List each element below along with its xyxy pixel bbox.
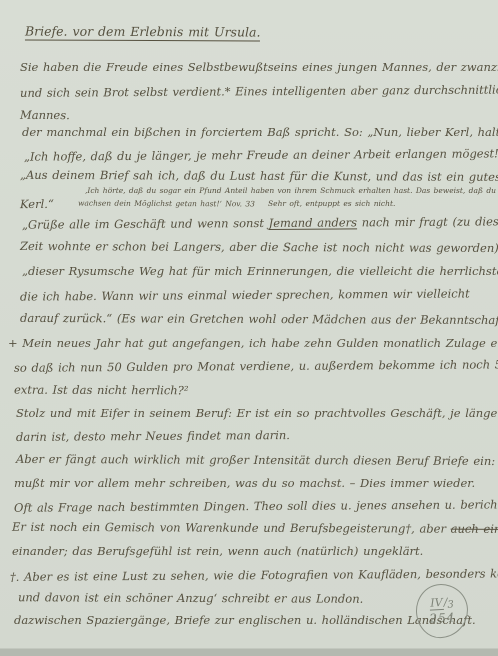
handwritten-line: so daß ich nun 50 Gulden pro Monat verdi…	[14, 357, 498, 375]
handwritten-line: darin ist, desto mehr Neues findet man d…	[16, 428, 290, 444]
manuscript-page: Briefe. vor dem Erlebnis mit Ursula. Sie…	[0, 0, 498, 656]
handwritten-line: Stolz und mit Eifer in seinem Beruf: Er …	[16, 406, 498, 420]
line-text: Er ist noch ein Gemisch von Warenkunde u…	[12, 520, 451, 536]
interlinear-note: Sehr oft, entpuppt es sich nicht.	[268, 199, 395, 208]
handwritten-line: die ich habe. Wann wir uns einmal wieder…	[20, 286, 470, 303]
handwritten-line: Aber er fängt auch wirklich mit großer I…	[16, 452, 498, 468]
handwritten-line: Oft als Frage nach bestimmten Dingen. Th…	[14, 497, 498, 515]
handwritten-line: „Grüße alle im Geschäft und wenn sonst J…	[22, 214, 498, 231]
handwritten-line: extra. Ist das nicht herrlich?²	[14, 383, 189, 398]
handwritten-line: darauf zurück.“ (Es war ein Gretchen woh…	[20, 311, 498, 327]
handwritten-line: Zeit wohnte er schon bei Langers, aber d…	[20, 239, 498, 255]
underlined-phrase: Jemand anders	[269, 215, 358, 230]
handwritten-line: + Mein neues Jahr hat gut angefangen, ic…	[8, 336, 498, 350]
stamp-numerator: IV	[429, 596, 444, 611]
scan-edge	[0, 648, 498, 656]
struck-word: auch ein	[451, 522, 498, 536]
line-text: nach mir fragt (zu dieser	[357, 214, 498, 229]
interlinear-note: ‚Ich hörte, daß du sogar ein Pfund Antei…	[85, 186, 498, 195]
handwritten-line: mußt mir vor allem mehr schreiben, was d…	[14, 476, 475, 490]
handwritten-line: Er ist noch ein Gemisch von Warenkunde u…	[12, 520, 498, 536]
handwritten-line: Kerl.“	[20, 197, 54, 211]
footnote-line: †. Aber es ist eine Lust zu sehen, wie d…	[10, 566, 498, 584]
handwritten-line: dazwischen Spaziergänge, Briefe zur engl…	[14, 613, 476, 627]
handwritten-line: Mannes.	[20, 108, 70, 122]
interlinear-note: wachsen dein Möglichst getan hast!‘ Nov.…	[78, 199, 255, 209]
handwritten-line: einander; das Berufsgefühl ist rein, wen…	[12, 544, 423, 558]
handwritten-line: der manchmal ein bißchen in forciertem B…	[22, 125, 498, 139]
handwritten-line: Sie haben die Freude eines Selbstbewußts…	[20, 60, 498, 74]
handwritten-line: „Aus deinem Brief sah ich, daß du Lust h…	[20, 168, 498, 184]
page-title-text: Briefe. vor dem Erlebnis mit Ursula.	[25, 23, 261, 41]
handwritten-line: „Ich hoffe, daß du je länger, je mehr Fr…	[24, 146, 498, 163]
handwritten-line: und sich sein Brot selbst verdient.* Ein…	[20, 82, 498, 100]
page-title: Briefe. vor dem Erlebnis mit Ursula.	[25, 23, 261, 39]
handwritten-line: und davon ist ein schöner Anzug‘ schreib…	[18, 590, 363, 606]
handwritten-line: „dieser Rysumsche Weg hat für mich Erinn…	[22, 264, 498, 278]
archive-stamp: IV/3 254	[415, 583, 470, 640]
line-text: „Grüße alle im Geschäft und wenn sonst	[22, 216, 269, 232]
stamp-page-number: 254	[429, 611, 456, 625]
